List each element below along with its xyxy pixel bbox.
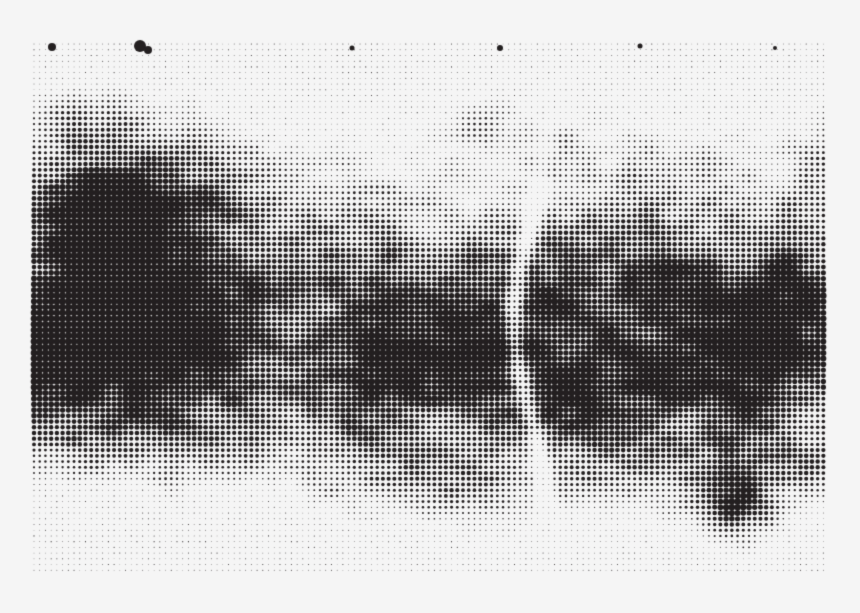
halftone-canvas [0, 0, 860, 613]
